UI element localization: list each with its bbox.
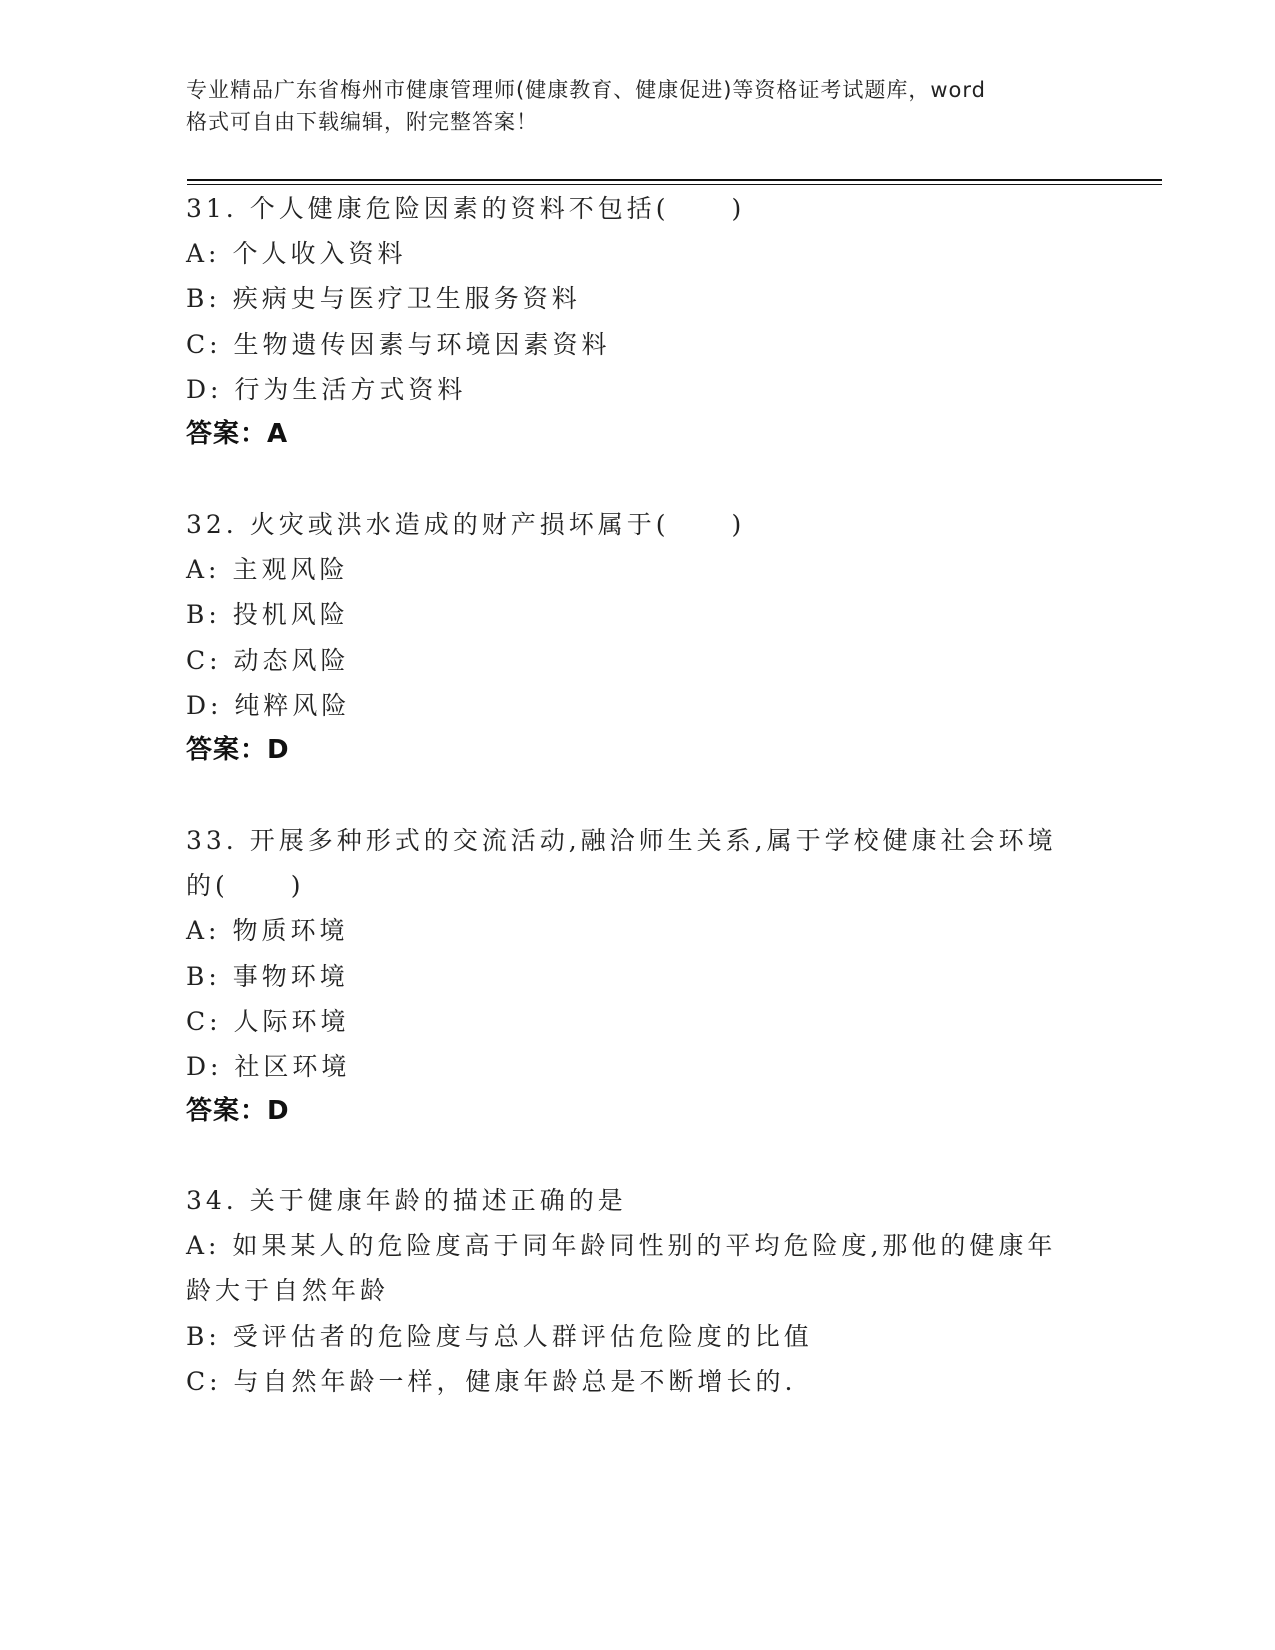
option-text: 事物环境: [233, 962, 349, 991]
question-text: 火灾或洪水造成的财产损坏属于(: [250, 510, 670, 539]
question-31: 31. 个人健康危险因素的资料不包括() A: 个人收入资料 B: 疾病史与医疗…: [186, 186, 1066, 457]
answer-line: 答案：D: [186, 1089, 1066, 1134]
option-text: 行为生活方式资料: [234, 375, 466, 404]
option-text: 如果某人的危险度高于同年龄同性别的平均危险度,那他的健康年: [232, 1231, 1056, 1260]
answer-label: 答案：: [186, 419, 267, 449]
answer-label: 答案：: [186, 735, 267, 765]
option-text: 主观风险: [232, 555, 348, 584]
question-stem: 31. 个人健康危险因素的资料不包括(): [186, 186, 1066, 231]
option-label: A:: [186, 239, 220, 268]
option-a-continued: 龄大于自然年龄: [186, 1268, 1066, 1313]
option-label: B:: [186, 1322, 221, 1351]
option-label: B:: [186, 962, 221, 991]
answer-line: 答案：A: [186, 412, 1066, 457]
option-text: 生物遗传因素与环境因素资料: [234, 330, 611, 359]
question-34: 34. 关于健康年龄的描述正确的是 A: 如果某人的危险度高于同年龄同性别的平均…: [186, 1178, 1066, 1404]
question-number: 32.: [186, 510, 238, 539]
option-label: D:: [186, 375, 222, 404]
option-b: B: 疾病史与医疗卫生服务资料: [186, 276, 1066, 321]
option-label: D:: [186, 691, 222, 720]
option-label: B:: [186, 284, 221, 313]
option-d: D: 社区环境: [186, 1044, 1066, 1089]
option-b: B: 受评估者的危险度与总人群评估危险度的比值: [186, 1314, 1066, 1359]
option-label: C:: [186, 646, 222, 675]
option-text: 物质环境: [232, 916, 348, 945]
document-page: 专业精品广东省梅州市健康管理师(健康教育、健康促进)等资格证考试题库，word …: [0, 0, 1275, 1650]
option-text: 受评估者的危险度与总人群评估危险度的比值: [233, 1322, 813, 1351]
question-32: 32. 火灾或洪水造成的财产损坏属于() A: 主观风险 B: 投机风险 C: …: [186, 502, 1066, 773]
header-divider-thin: [187, 184, 1162, 185]
option-a: A: 如果某人的危险度高于同年龄同性别的平均危险度,那他的健康年: [186, 1223, 1066, 1268]
option-label: C:: [186, 1367, 222, 1396]
question-33: 33. 开展多种形式的交流活动,融洽师生关系,属于学校健康社会环境 的() A:…: [186, 818, 1066, 1134]
answer-value: D: [267, 1096, 290, 1126]
question-number: 34.: [186, 1186, 238, 1215]
question-text-close: ): [731, 510, 745, 539]
question-stem: 33. 开展多种形式的交流活动,融洽师生关系,属于学校健康社会环境: [186, 818, 1066, 863]
option-c: C: 人际环境: [186, 999, 1066, 1044]
question-text-close: ): [731, 194, 745, 223]
question-text: 个人健康危险因素的资料不包括(: [250, 194, 670, 223]
option-a: A: 个人收入资料: [186, 231, 1066, 276]
header-line-2: 格式可自由下载编辑，附完整答案！: [186, 106, 1086, 138]
option-text: 人际环境: [234, 1007, 350, 1036]
option-text: 动态风险: [234, 646, 350, 675]
option-c: C: 生物遗传因素与环境因素资料: [186, 322, 1066, 367]
answer-label: 答案：: [186, 1096, 267, 1126]
option-label: D:: [186, 1052, 222, 1081]
option-a: A: 物质环境: [186, 908, 1066, 953]
option-label: A:: [186, 916, 220, 945]
question-stem: 34. 关于健康年龄的描述正确的是: [186, 1178, 1066, 1223]
option-text: 龄大于自然年龄: [186, 1276, 389, 1305]
question-text: 的(: [186, 871, 229, 900]
question-stem: 32. 火灾或洪水造成的财产损坏属于(): [186, 502, 1066, 547]
question-stem-continued: 的(): [186, 863, 1066, 908]
option-a: A: 主观风险: [186, 547, 1066, 592]
option-label: A:: [186, 555, 220, 584]
document-header: 专业精品广东省梅州市健康管理师(健康教育、健康促进)等资格证考试题库，word …: [186, 74, 1086, 138]
option-text: 纯粹风险: [234, 691, 350, 720]
option-label: C:: [186, 1007, 222, 1036]
option-c: C: 动态风险: [186, 638, 1066, 683]
question-text: 开展多种形式的交流活动,融洽师生关系,属于学校健康社会环境: [250, 826, 1057, 855]
option-d: D: 纯粹风险: [186, 683, 1066, 728]
option-b: B: 投机风险: [186, 592, 1066, 637]
option-text: 与自然年龄一样，健康年龄总是不断增长的.: [234, 1367, 797, 1396]
option-text: 疾病史与医疗卫生服务资料: [233, 284, 581, 313]
question-text: 关于健康年龄的描述正确的是: [250, 1186, 627, 1215]
question-number: 33.: [186, 826, 238, 855]
option-label: C:: [186, 330, 222, 359]
answer-value: D: [267, 735, 290, 765]
question-number: 31.: [186, 194, 238, 223]
option-label: A:: [186, 1231, 220, 1260]
header-divider-thick: [187, 179, 1162, 181]
option-d: D: 行为生活方式资料: [186, 367, 1066, 412]
option-c: C: 与自然年龄一样，健康年龄总是不断增长的.: [186, 1359, 1066, 1404]
answer-value: A: [267, 419, 288, 449]
option-text: 社区环境: [234, 1052, 350, 1081]
option-b: B: 事物环境: [186, 954, 1066, 999]
option-text: 个人收入资料: [232, 239, 406, 268]
question-text-close: ): [291, 871, 305, 900]
option-label: B:: [186, 600, 221, 629]
answer-line: 答案：D: [186, 728, 1066, 773]
option-text: 投机风险: [233, 600, 349, 629]
header-line-1: 专业精品广东省梅州市健康管理师(健康教育、健康促进)等资格证考试题库，word: [186, 74, 1086, 106]
